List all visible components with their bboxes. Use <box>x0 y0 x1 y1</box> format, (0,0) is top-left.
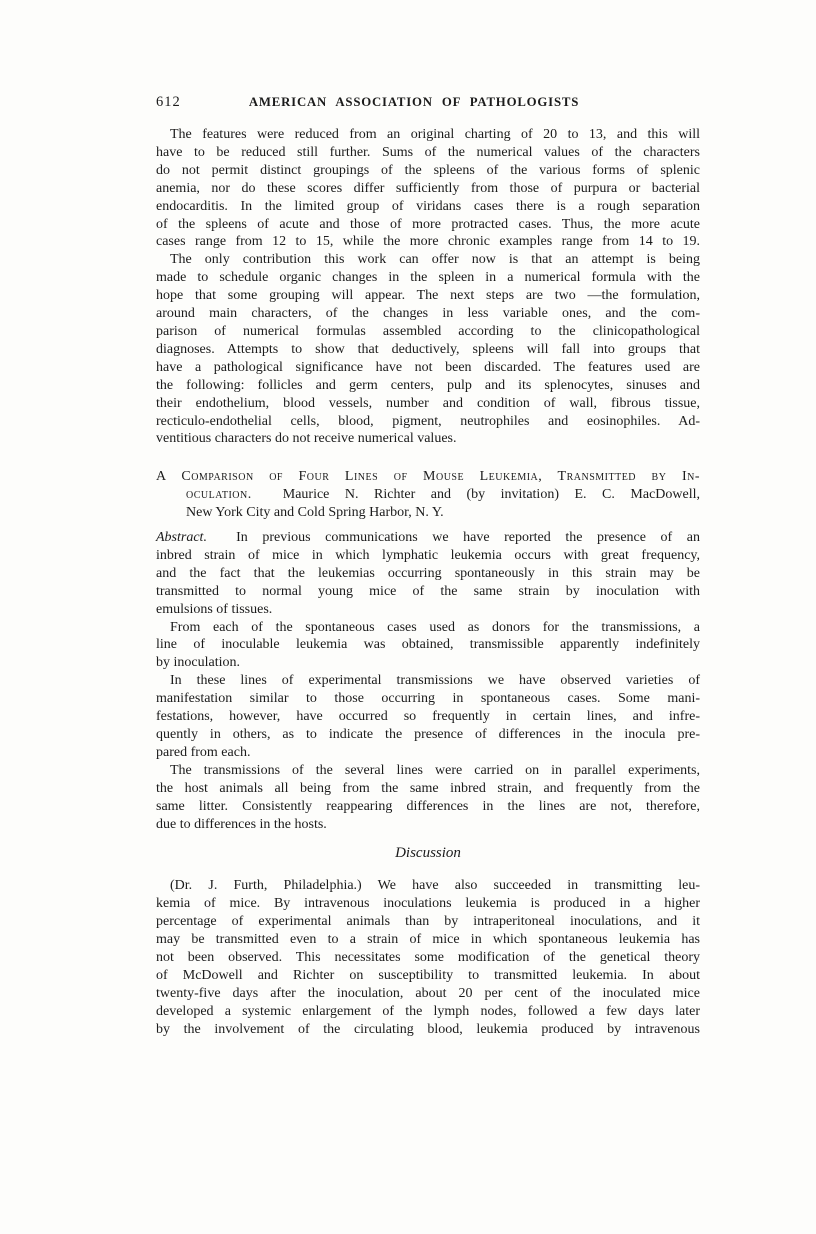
page-header: 612 AMERICAN ASSOCIATION OF PATHOLOGISTS <box>156 94 700 112</box>
text-line: (Dr. J. Furth, Philadelphia.) We have al… <box>156 877 700 895</box>
text-line: inbred strain of mice in which lymphatic… <box>156 547 700 565</box>
text-line: The transmissions of the several lines w… <box>156 762 700 780</box>
text-line: the following: follicles and germ center… <box>156 377 700 395</box>
text-line: by inoculation. <box>156 654 700 672</box>
text-line: transmitted to normal young mice of the … <box>156 583 700 601</box>
text-line: not been observed. This necessitates som… <box>156 949 700 967</box>
page-body: The features were reduced from an origin… <box>156 126 700 1039</box>
paragraph-from-each: From each of the spontaneous cases used … <box>156 619 700 673</box>
text-line: the host animals all being from the same… <box>156 780 700 798</box>
text-line: of the spleens of acute and those of mor… <box>156 216 700 234</box>
text-line: kemia of mice. By intravenous inoculatio… <box>156 895 700 913</box>
text-line: hope that some grouping will appear. The… <box>156 287 700 305</box>
text-line: developed a systemic enlargement of the … <box>156 1003 700 1021</box>
paragraph-features: The features were reduced from an origin… <box>156 126 700 251</box>
text-line: festations, however, have occurred so fr… <box>156 708 700 726</box>
running-title: AMERICAN ASSOCIATION OF PATHOLOGISTS <box>142 95 686 110</box>
text-line: cases range from 12 to 15, while the mor… <box>156 233 700 251</box>
discussion-heading: Discussion <box>156 845 700 863</box>
text-line: manifestation similar to those occurring… <box>156 690 700 708</box>
journal-page: 612 AMERICAN ASSOCIATION OF PATHOLOGISTS… <box>0 0 816 1234</box>
text-line: made to schedule organic changes in the … <box>156 269 700 287</box>
text-line: The features were reduced from an origin… <box>156 126 700 144</box>
text-line: may be transmitted even to a strain of m… <box>156 931 700 949</box>
text-line: around main characters, of the changes i… <box>156 305 700 323</box>
text-line: percentage of experimental animals than … <box>156 913 700 931</box>
text-line: endocarditis. In the limited group of vi… <box>156 198 700 216</box>
text-line: line of inoculable leukemia was obtained… <box>156 636 700 654</box>
text-line: parison of numerical formulas assembled … <box>156 323 700 341</box>
text-line: their endothelium, blood vessels, number… <box>156 395 700 413</box>
text-line: due to differences in the hosts. <box>156 816 700 834</box>
text-line: have a pathological significance have no… <box>156 359 700 377</box>
text-line: pared from each. <box>156 744 700 762</box>
text-line: New York City and Cold Spring Harbor, N.… <box>156 504 700 522</box>
text-line: In these lines of experimental transmiss… <box>156 672 700 690</box>
text-line: From each of the spontaneous cases used … <box>156 619 700 637</box>
abstract-paragraph: Abstract. In previous communications we … <box>156 529 700 619</box>
text-line: emulsions of tissues. <box>156 601 700 619</box>
text-line: recticulo-endothelial cells, blood, pigm… <box>156 413 700 431</box>
text-line: quently in others, as to indicate the pr… <box>156 726 700 744</box>
text-line: ventitious characters do not receive num… <box>156 430 700 448</box>
text-line: diagnoses. Attempts to show that deducti… <box>156 341 700 359</box>
session-title: A Comparison of Four Lines of Mouse Leuk… <box>156 468 700 522</box>
text-line: same litter. Consistently reappearing di… <box>156 798 700 816</box>
text-line: of McDowell and Richter on susceptibilit… <box>156 967 700 985</box>
paragraph-contribution: The only contribution this work can offe… <box>156 251 700 448</box>
discussion-paragraph: (Dr. J. Furth, Philadelphia.) We have al… <box>156 877 700 1038</box>
paragraph-transmissions: The transmissions of the several lines w… <box>156 762 700 834</box>
text-line: Abstract. In previous communications we … <box>156 529 700 547</box>
text-line: anemia, nor do these scores differ suffi… <box>156 180 700 198</box>
text-line: by the involvement of the circulating bl… <box>156 1021 700 1039</box>
text-line: The only contribution this work can offe… <box>156 251 700 269</box>
paragraph-in-these-lines: In these lines of experimental transmiss… <box>156 672 700 762</box>
text-line: oculation. Maurice N. Richter and (by in… <box>156 486 700 504</box>
text-line: do not permit distinct groupings of the … <box>156 162 700 180</box>
text-line: twenty-five days after the inoculation, … <box>156 985 700 1003</box>
text-line: and the fact that the leukemias occurrin… <box>156 565 700 583</box>
text-line: A Comparison of Four Lines of Mouse Leuk… <box>156 468 700 486</box>
text-line: have to be reduced still further. Sums o… <box>156 144 700 162</box>
